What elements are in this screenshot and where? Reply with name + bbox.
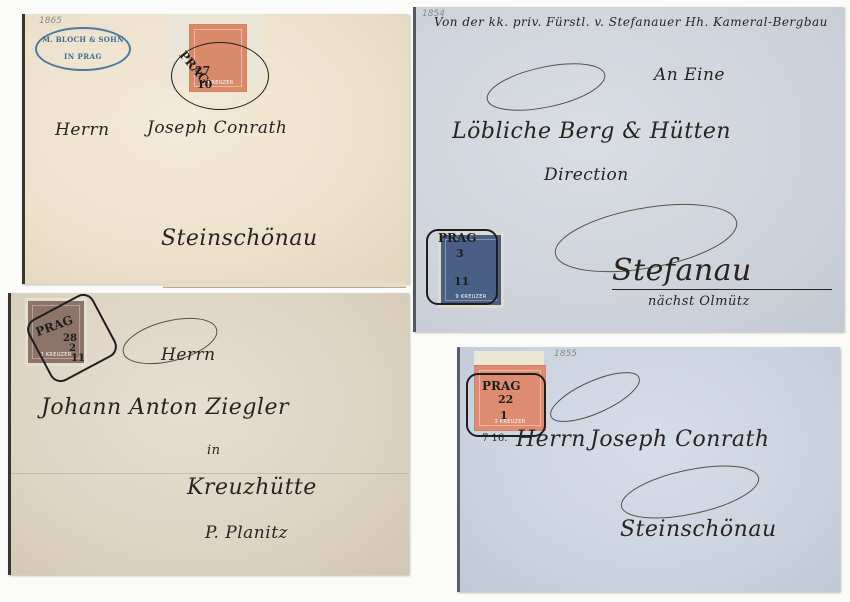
address-salutation: Herrn xyxy=(516,427,586,452)
postmark-town: PRAG xyxy=(438,231,477,245)
postmark-day: 27 xyxy=(195,64,210,77)
cachet-line-2: IN PRAG xyxy=(37,52,129,61)
postal-cover-4: 1855 3 KREUZER PRAG 22 1 7 16. Herrn Jos… xyxy=(457,347,840,592)
postmark-month: 10 xyxy=(197,78,212,91)
postal-cover-2: 1854 Von der kk. priv. Fürstl. v. Stefan… xyxy=(413,7,844,332)
address-via: nächst Olmütz xyxy=(648,294,750,309)
address-line-3: in xyxy=(207,443,221,458)
pencil-note: 1865 xyxy=(39,16,62,26)
postal-cover-1: 1865 M. BLOCH & SOHN IN PRAG 3 KREUZER P… xyxy=(22,14,409,284)
postmark-town: PRAG xyxy=(482,379,521,393)
sender-header-line: Von der kk. priv. Fürstl. v. Stefanauer … xyxy=(434,15,828,29)
flourish-decoration xyxy=(476,57,616,127)
postmark-extra: 7 16. xyxy=(482,433,507,444)
postmark-month: 11 xyxy=(454,275,469,288)
address-name: Joseph Conrath xyxy=(147,118,287,138)
cover-1-flap xyxy=(163,281,406,288)
underline xyxy=(612,289,832,290)
postmark-day: 3 xyxy=(456,247,464,260)
postmark-hour: 11 xyxy=(71,353,85,364)
pencil-note: 1855 xyxy=(554,349,577,359)
address-line-3: Direction xyxy=(544,165,629,185)
address-destination: Stefanau xyxy=(612,253,752,288)
address-salutation: Herrn xyxy=(55,120,110,140)
address-salutation: An Eine xyxy=(654,65,725,85)
address-name: Johann Anton Ziegler xyxy=(41,395,289,420)
address-destination: Steinschönau xyxy=(161,226,318,251)
postmark-day: 22 xyxy=(498,393,513,406)
postal-cover-3: 2 KREUZER PRAG 28 2 11 Herrn Johann Anto… xyxy=(8,293,409,575)
cachet-line-1: M. BLOCH & SOHN xyxy=(37,35,129,44)
address-salutation: Herrn xyxy=(161,345,216,365)
fold-line xyxy=(11,473,409,474)
address-name: Löbliche Berg & Hütten xyxy=(452,119,731,144)
address-destination: Kreuzhütte xyxy=(187,475,317,500)
postmark-month: 1 xyxy=(500,409,508,422)
address-name: Joseph Conrath xyxy=(590,427,770,452)
flourish-decoration xyxy=(540,367,650,427)
address-via: P. Planitz xyxy=(205,523,288,543)
sender-cachet: M. BLOCH & SOHN IN PRAG xyxy=(35,27,131,71)
address-destination: Steinschönau xyxy=(620,517,777,542)
